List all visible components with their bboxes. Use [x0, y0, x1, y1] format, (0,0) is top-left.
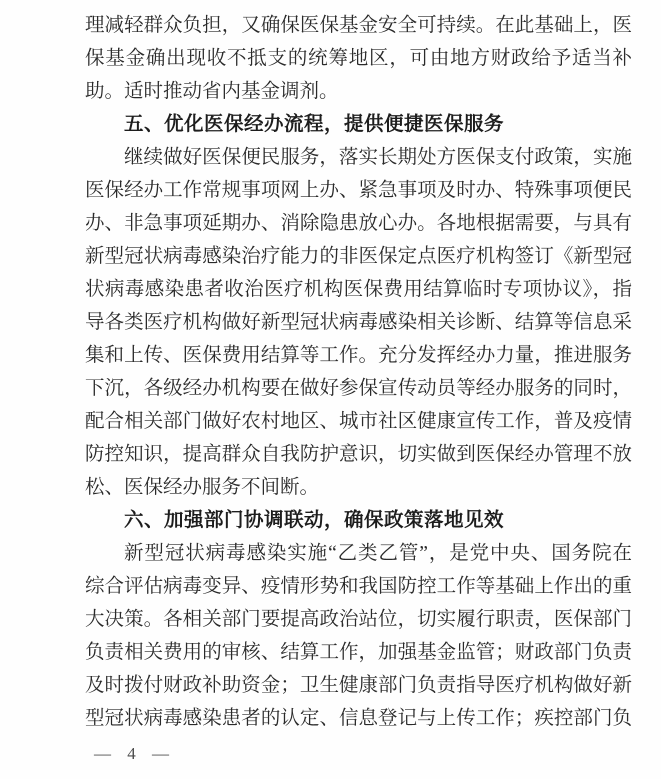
- text-line: 及时拨付财政补助资金；卫生健康部门负责指导医疗机构做好新: [85, 669, 632, 702]
- text-line: 防控知识，提高群众自我防护意识，切实做到医保经办管理不放: [85, 438, 632, 471]
- text-line: 状病毒感染患者收治医疗机构医保费用结算临时专项协议》，指: [85, 273, 632, 306]
- text-line: 松、医保经办服务不间断。: [85, 471, 632, 504]
- text-line: 导各类医疗机构做好新型冠状病毒感染相关诊断、结算等信息采: [85, 306, 632, 339]
- text-line: 保基金确出现收不抵支的统筹地区，可由地方财政给予适当补: [85, 42, 632, 75]
- text-line: 办、非急事项延期办、消除隐患放心办。各地根据需要，与具有: [85, 207, 632, 240]
- section-heading: 五、优化医保经办流程，提供便捷医保服务: [85, 108, 632, 141]
- text-line: 型冠状病毒感染患者的认定、信息登记与上传工作；疾控部门负: [85, 702, 632, 735]
- text-line: 理减轻群众负担，又确保医保基金安全可持续。在此基础上，医: [85, 9, 632, 42]
- document-body: 理减轻群众负担，又确保医保基金安全可持续。在此基础上，医 保基金确出现收不抵支的…: [85, 9, 632, 735]
- text-line: 综合评估病毒变异、疫情形势和我国防控工作等基础上作出的重: [85, 570, 632, 603]
- text-line: 继续做好医保便民服务，落实长期处方医保支付政策，实施: [85, 141, 632, 174]
- document-page: 理减轻群众负担，又确保医保基金安全可持续。在此基础上，医 保基金确出现收不抵支的…: [0, 0, 661, 779]
- text-line: 集和上传、医保费用结算等工作。充分发挥经办力量，推进服务: [85, 339, 632, 372]
- text-line: 新型冠状病毒感染实施“乙类乙管”，是党中央、国务院在: [85, 537, 632, 570]
- text-line: 配合相关部门做好农村地区、城市社区健康宣传工作，普及疫情: [85, 405, 632, 438]
- text-line: 新型冠状病毒感染治疗能力的非医保定点医疗机构签订《新型冠: [85, 240, 632, 273]
- text-line: 大决策。各相关部门要提高政治站位，切实履行职责，医保部门: [85, 603, 632, 636]
- text-line: 下沉，各级经办机构要在做好参保宣传动员等经办服务的同时，: [85, 372, 632, 405]
- page-number: — 4 —: [94, 744, 175, 764]
- text-line: 负责相关费用的审核、结算工作，加强基金监管；财政部门负责: [85, 636, 632, 669]
- text-line: 医保经办工作常规事项网上办、紧急事项及时办、特殊事项便民: [85, 174, 632, 207]
- text-line: 助。适时推动省内基金调剂。: [85, 75, 632, 108]
- section-heading: 六、加强部门协调联动，确保政策落地见效: [85, 504, 632, 537]
